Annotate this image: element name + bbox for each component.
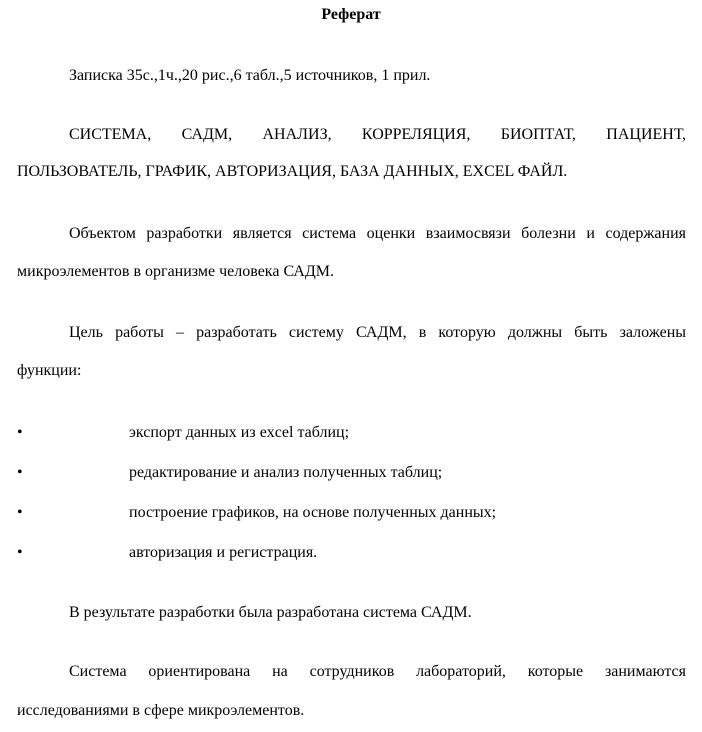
object-line-2: микроэлементов в организме человека САДМ… <box>17 262 334 282</box>
list-item-text: авторизация и регистрация. <box>129 543 317 563</box>
document-title: Реферат <box>0 6 702 24</box>
result-line: В результате разработки была разработана… <box>69 603 472 623</box>
goal-line-1: Цель работы – разработать систему САДМ, … <box>69 323 686 343</box>
bullet-icon: • <box>17 503 23 523</box>
list-item-text: редактирование и анализ полученных табли… <box>129 463 442 483</box>
keywords-line-2: ПОЛЬЗОВАТЕЛЬ, ГРАФИК, АВТОРИЗАЦИЯ, БАЗА … <box>17 162 567 182</box>
bullet-icon: • <box>17 423 23 443</box>
bullet-icon: • <box>17 463 23 483</box>
list-item-text: построение графиков, на основе полученны… <box>129 503 496 523</box>
object-line-1: Объектом разработки является система оце… <box>69 224 686 244</box>
keywords-line-1: СИСТЕМА, САДМ, АНАЛИЗ, КОРРЕЛЯЦИЯ, БИОПТ… <box>69 125 686 145</box>
bullet-icon: • <box>17 543 23 563</box>
audience-line-1: Система ориентирована на сотрудников лаб… <box>69 662 686 682</box>
list-item-text: экспорт данных из excel таблиц; <box>129 423 349 443</box>
audience-line-2: исследованиями в сфере микроэлементов. <box>17 701 304 721</box>
summary-line: Записка 35с.,1ч.,20 рис.,6 табл.,5 источ… <box>69 66 430 86</box>
goal-line-2: функции: <box>17 361 81 381</box>
